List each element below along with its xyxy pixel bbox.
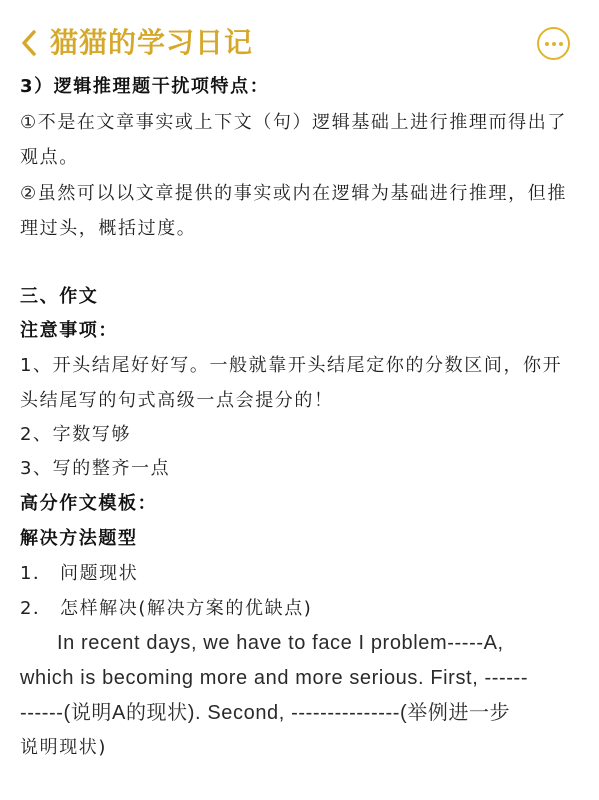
paragraph-line: ②虽然可以以文章提供的事实或内在逻辑为基础进行推理，但推 — [20, 181, 567, 207]
template-sentence: 说明现状) — [20, 735, 107, 761]
list-item: 2． 怎样解决(解决方案的优缺点) — [20, 596, 312, 622]
list-item: 1、开头结尾好好写。一般就靠开头结尾定你的分数区间，你开 — [20, 353, 562, 379]
subheading-template: 高分作文模板： — [20, 491, 157, 517]
subheading-solution-type: 解决方法题型 — [20, 526, 138, 552]
back-button[interactable] — [16, 28, 42, 58]
more-dot-icon — [552, 42, 556, 46]
list-item: 1． 问题现状 — [20, 561, 138, 587]
more-dot-icon — [559, 42, 563, 46]
list-item: 2、字数写够 — [20, 422, 131, 448]
paragraph-line: 观点。 — [20, 145, 79, 171]
list-item: 3、写的整齐一点 — [20, 456, 170, 482]
list-item-continuation: 头结尾写的句式高级一点会提分的！ — [20, 388, 334, 414]
section-heading-essay: 三、作文 — [20, 284, 98, 310]
more-options-button[interactable] — [537, 27, 570, 60]
paragraph-line: 理过头，概括过度。 — [20, 216, 196, 242]
page-title: 猫猫的学习日记 — [50, 24, 253, 62]
template-sentence: ------(说明A的现状). Second, ---------------(… — [20, 700, 510, 726]
chevron-left-icon — [19, 29, 39, 57]
template-sentence: In recent days, we have to face I proble… — [20, 630, 504, 656]
paragraph-line: ①不是在文章事实或上下文（句）逻辑基础上进行推理而得出了 — [20, 110, 567, 136]
subheading-distractor-features: 3）逻辑推理题干扰项特点： — [20, 74, 269, 100]
subheading-notes: 注意事项： — [20, 318, 118, 344]
template-sentence: which is becoming more and more serious.… — [20, 665, 528, 691]
nav-bar: 猫猫的学习日记 — [0, 0, 599, 78]
more-dot-icon — [545, 42, 549, 46]
